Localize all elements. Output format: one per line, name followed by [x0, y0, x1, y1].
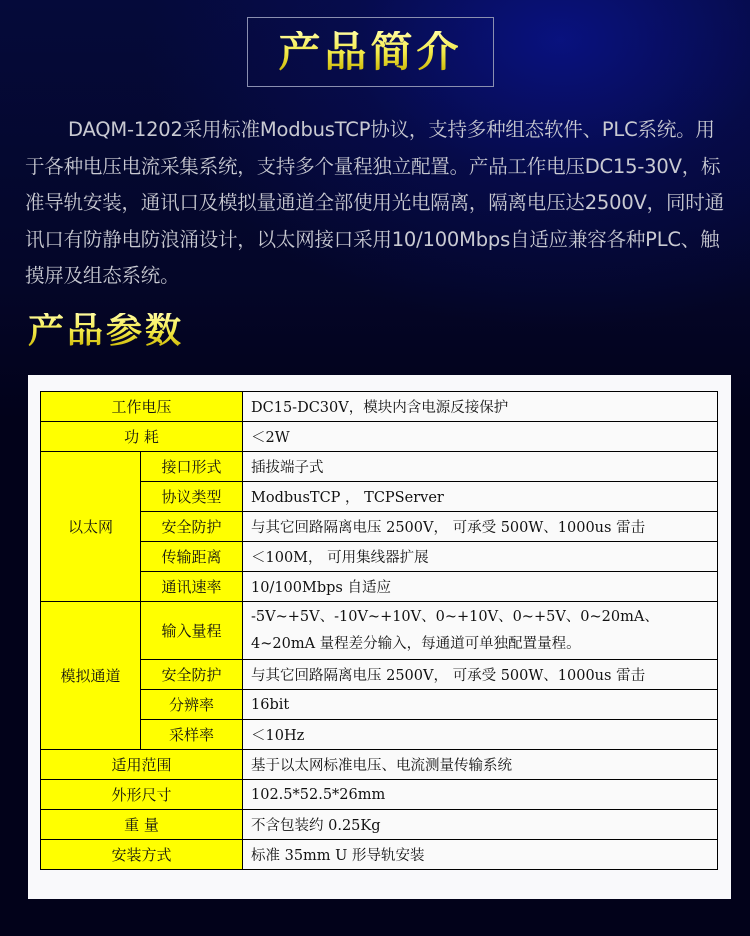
spec-value: 10/100Mbps 自适应: [243, 572, 718, 602]
spec-value: 标准 35mm U 形导轨安装: [243, 840, 718, 870]
spec-label: 工作电压: [41, 392, 243, 422]
spec-value: ＜100M， 可用集线器扩展: [243, 542, 718, 572]
spec-label: 通讯速率: [141, 572, 243, 602]
spec-label: 安全防护: [141, 512, 243, 542]
spec-label: 功 耗: [41, 422, 243, 452]
table-row: 功 耗 ＜2W: [41, 422, 718, 452]
table-row: 通讯速率 10/100Mbps 自适应: [41, 572, 718, 602]
spec-label: 输入量程: [141, 602, 243, 660]
table-row: 协议类型 ModbusTCP ， TCPServer: [41, 482, 718, 512]
spec-group-label: 以太网: [41, 452, 141, 602]
table-row: 重 量 不含包装约 0.25Kg: [41, 810, 718, 840]
intro-paragraph: DAQM-1202采用标准ModbusTCP协议，支持多种组态软件、PLC系统。…: [25, 112, 725, 295]
table-row: 采样率 ＜10Hz: [41, 720, 718, 750]
spec-label: 采样率: [141, 720, 243, 750]
spec-label: 外形尺寸: [41, 780, 243, 810]
spec-label: 传输距离: [141, 542, 243, 572]
table-row: 适用范围 基于以太网标准电压、电流测量传输系统: [41, 750, 718, 780]
spec-label: 重 量: [41, 810, 243, 840]
spec-value: 与其它回路隔离电压 2500V， 可承受 500W、1000us 雷击: [243, 660, 718, 690]
table-row: 传输距离 ＜100M， 可用集线器扩展: [41, 542, 718, 572]
specs-title: 产品参数: [28, 313, 184, 349]
spec-value: 基于以太网标准电压、电流测量传输系统: [243, 750, 718, 780]
spec-label: 安装方式: [41, 840, 243, 870]
spec-group-label: 模拟通道: [41, 602, 141, 750]
spec-value: 不含包装约 0.25Kg: [243, 810, 718, 840]
table-row: 以太网 接口形式 插拔端子式: [41, 452, 718, 482]
intro-title: 产品简介: [278, 31, 462, 73]
table-row: 分辨率 16bit: [41, 690, 718, 720]
spec-label: 适用范围: [41, 750, 243, 780]
spec-label: 协议类型: [141, 482, 243, 512]
spec-value: DC15-DC30V，模块内含电源反接保护: [243, 392, 718, 422]
spec-table: 工作电压 DC15-DC30V，模块内含电源反接保护 功 耗 ＜2W 以太网 接…: [40, 391, 718, 870]
spec-value: 插拔端子式: [243, 452, 718, 482]
spec-value: ＜10Hz: [243, 720, 718, 750]
table-row: 模拟通道 输入量程 -5V~+5V、-10V~+10V、0~+10V、0~+5V…: [41, 602, 718, 660]
spec-value: -5V~+5V、-10V~+10V、0~+10V、0~+5V、0~20mA、4~…: [243, 602, 718, 660]
spec-value: 16bit: [243, 690, 718, 720]
table-row: 安装方式 标准 35mm U 形导轨安装: [41, 840, 718, 870]
table-row: 工作电压 DC15-DC30V，模块内含电源反接保护: [41, 392, 718, 422]
spec-label: 安全防护: [141, 660, 243, 690]
spec-value: 与其它回路隔离电压 2500V， 可承受 500W、1000us 雷击: [243, 512, 718, 542]
table-row: 安全防护 与其它回路隔离电压 2500V， 可承受 500W、1000us 雷击: [41, 660, 718, 690]
spec-label: 接口形式: [141, 452, 243, 482]
table-row: 外形尺寸 102.5*52.5*26mm: [41, 780, 718, 810]
spec-value: ModbusTCP ， TCPServer: [243, 482, 718, 512]
spec-label: 分辨率: [141, 690, 243, 720]
spec-value: ＜2W: [243, 422, 718, 452]
spec-value: 102.5*52.5*26mm: [243, 780, 718, 810]
intro-title-box: 产品简介: [247, 17, 494, 87]
table-row: 安全防护 与其它回路隔离电压 2500V， 可承受 500W、1000us 雷击: [41, 512, 718, 542]
